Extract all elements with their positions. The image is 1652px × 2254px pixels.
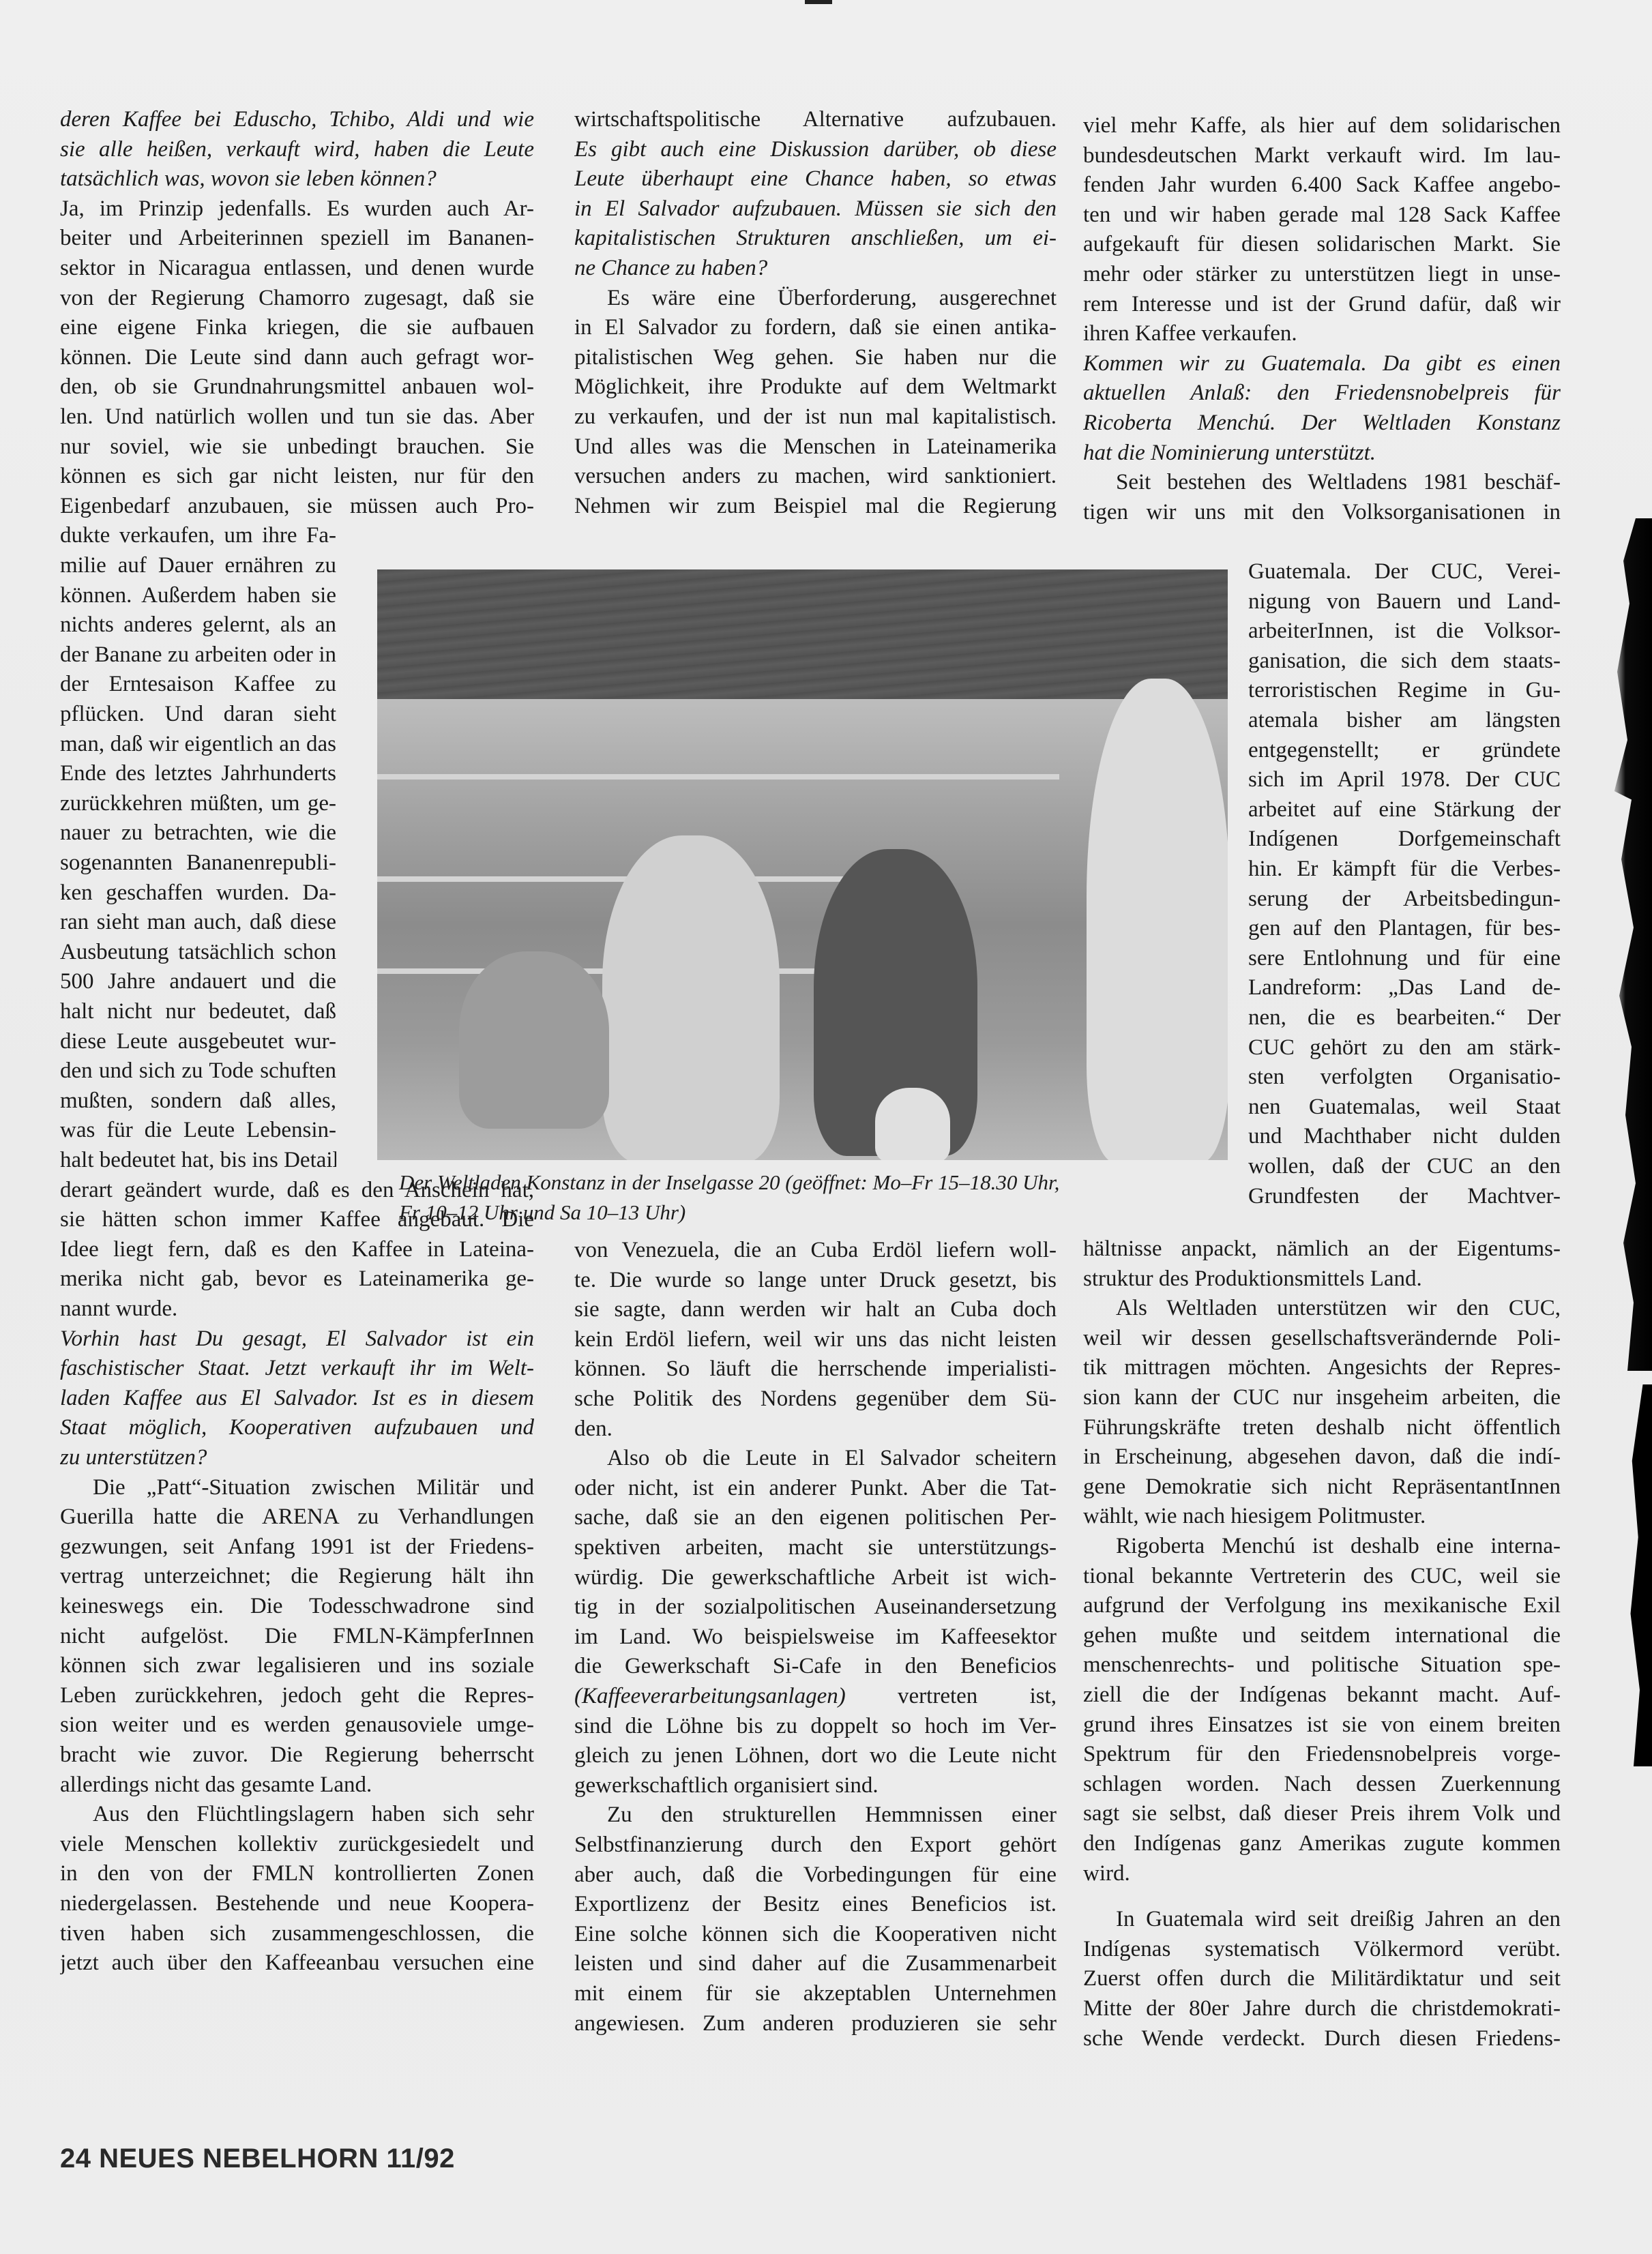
text-line: mußten, sondern daß alles, xyxy=(60,1086,336,1116)
text-line: Selbstfinanzierung durch den Export gehö… xyxy=(574,1830,1057,1860)
text-line: faschistischer Staat. Jetzt verkauft ihr… xyxy=(60,1353,534,1383)
text-line: und Machthaber nicht dulden xyxy=(1248,1121,1561,1151)
text-line: tig in der sozialpolitischen Auseinander… xyxy=(574,1592,1057,1622)
text-line: können. So läuft die herrschende imperia… xyxy=(574,1354,1057,1384)
text-line: sche Politik des Nordens gegenüber dem S… xyxy=(574,1384,1057,1414)
text-line: Zu den strukturellen Hemmnissen einer xyxy=(574,1800,1057,1830)
text-line: Guatemala. Der CUC, Verei- xyxy=(1248,557,1561,587)
text-line: tigen wir uns mit den Volksorganisatione… xyxy=(1083,497,1561,527)
text-line: sache, daß sie an den eigenen politische… xyxy=(574,1502,1057,1532)
text-line: ten und wir haben gerade mal 128 Sack Ka… xyxy=(1083,200,1561,230)
text-line: Vorhin hast Du gesagt, El Salvador ist e… xyxy=(60,1324,534,1354)
text-line: Staat möglich, Kooperativen aufzubauen u… xyxy=(60,1412,534,1442)
text-line: ziell die der Indígenas bekannt macht. A… xyxy=(1083,1680,1561,1710)
caption-line-2: Fr 10–12 Uhr und Sa 10–13 Uhr) xyxy=(399,1198,1218,1228)
text-line: zurückkehren müßten, um ge- xyxy=(60,788,336,818)
text-line: hältnisse anpackt, nämlich an der Eigent… xyxy=(1083,1234,1561,1264)
text-line: Ausbeutung tatsächlich schon xyxy=(60,937,336,967)
text-line: menschenrechts- und politische Situation… xyxy=(1083,1650,1561,1680)
caption-line-1: Der Weltladen Konstanz in der Inselgasse… xyxy=(399,1168,1218,1198)
text-line: in El Salvador aufzubauen. Müssen sie si… xyxy=(574,194,1057,224)
text-line: was für die Leute Lebensin- xyxy=(60,1115,336,1145)
text-line: können. Die Leute sind dann auch gefragt… xyxy=(60,342,534,372)
text-line: sie sagte, dann werden wir halt an Cuba … xyxy=(574,1294,1057,1324)
text-line: len. Und natürlich wollen und tun sie da… xyxy=(60,402,534,432)
text-line: tatsächlich was, wovon sie leben können? xyxy=(60,164,534,194)
text-line: vertrag unterzeichnet; die Regierung häl… xyxy=(60,1561,534,1591)
text-line: tiven haben sich zusammengeschlossen, di… xyxy=(60,1918,534,1948)
text-line: zu verkaufen, und der ist nun mal kapita… xyxy=(574,402,1057,432)
text-line: Rigoberta Menchú ist deshalb eine intern… xyxy=(1083,1531,1561,1561)
text-line: aber auch, daß die Vorbedingungen für ei… xyxy=(574,1860,1057,1890)
text-line: milie auf Dauer ernähren zu xyxy=(60,550,336,580)
text-line: mit einem für sie akzeptablen Unternehme… xyxy=(574,1978,1057,2008)
photo-shelf xyxy=(377,774,1059,780)
text-line: nen, die es bearbeiten.“ Der xyxy=(1248,1003,1561,1033)
text-line: Landreform: „Das Land de- xyxy=(1248,973,1561,1003)
text-line: Leute überhaupt eine Chance haben, so et… xyxy=(574,164,1057,194)
text-line: nur soviel, wie sie unbedingt brauchen. … xyxy=(60,432,534,462)
text-line: bundesdeutschen Markt verkauft wird. Im … xyxy=(1083,140,1561,170)
photo-person-man xyxy=(1087,679,1228,1160)
text-line: können sich zwar legalisieren und ins so… xyxy=(60,1650,534,1680)
text-line: Es gibt auch eine Diskussion darüber, ob… xyxy=(574,134,1057,164)
text-line: Eine solche können sich die Kooperativen… xyxy=(574,1919,1057,1949)
text-line: te. Die wurde so lange unter Druck geset… xyxy=(574,1265,1057,1295)
text-line: eine eigene Finka kriegen, die sie aufba… xyxy=(60,312,534,342)
text-line: Mitte der 80er Jahre durch die christdem… xyxy=(1083,1993,1561,2023)
text-line: nichts anderes gelernt, als an xyxy=(60,610,336,640)
text-line: Aus den Flüchtlingslagern haben sich seh… xyxy=(60,1799,534,1829)
text-line: sind die Löhne bis zu doppelt so hoch im… xyxy=(574,1711,1057,1741)
text-line: tik mittragen möchten. Angesichts der Re… xyxy=(1083,1352,1561,1382)
text-line: schlagen worden. Nach dessen Zuerkennung xyxy=(1083,1769,1561,1799)
text-line: den Indígenas ganz Amerikas zugute komme… xyxy=(1083,1828,1561,1858)
text-line: Nehmen wir zum Beispiel mal die Regierun… xyxy=(574,491,1057,521)
text-line: Indígenas systematisch Völkermord verübt… xyxy=(1083,1934,1561,1964)
text-line: können. Außerdem haben sie xyxy=(60,580,336,610)
text-line: Kommen wir zu Guatemala. Da gibt es eine… xyxy=(1083,349,1561,379)
text-line: nen Guatemalas, weil Staat xyxy=(1248,1092,1561,1122)
text-line: deren Kaffee bei Eduscho, Tchibo, Aldi u… xyxy=(60,104,534,134)
text-line: oder nicht, ist ein anderer Punkt. Aber … xyxy=(574,1473,1057,1503)
text-line: sten verfolgten Organisatio- xyxy=(1248,1062,1561,1092)
text-line: wirtschaftspolitische Alternative aufzub… xyxy=(574,104,1057,134)
text-line: sere Entlohnung und für eine xyxy=(1248,943,1561,973)
text-line: kapitalistischen Strukturen anschließen,… xyxy=(574,223,1057,253)
text-line: ran sieht man auch, daß diese xyxy=(60,907,336,937)
text-line: Seit bestehen des Weltladens 1981 beschä… xyxy=(1083,467,1561,497)
text-line: tional bekannte Vertreterin des CUC, wei… xyxy=(1083,1561,1561,1591)
text-line: mehr oder stärker zu unterstützen liegt … xyxy=(1083,259,1561,289)
text-line: arbeiterInnen, ist die Volksor- xyxy=(1248,616,1561,646)
text-line: gene Demokratie sich nicht RepräsentantI… xyxy=(1083,1472,1561,1502)
text-line: Also ob die Leute in El Salvador scheite… xyxy=(574,1443,1057,1473)
text-line: in Erscheinung, abgesehen davon, daß die… xyxy=(1083,1442,1561,1472)
text-line: leisten und sind daher auf die Zusammena… xyxy=(574,1948,1057,1978)
text-line: struktur des Produktionsmittels Land. xyxy=(1083,1264,1561,1294)
text-line: Exportlizenz der Besitz eines Beneficios… xyxy=(574,1889,1057,1919)
text-line: sion kann der CUC nur insgeheim arbeiten… xyxy=(1083,1382,1561,1412)
photo-child xyxy=(875,1088,950,1160)
text-line: dukte verkaufen, um ihre Fa- xyxy=(60,520,336,550)
text-line: können es sich gar nicht leisten, nur fü… xyxy=(60,461,534,491)
text-line: diese Leute ausgebeutet wur- xyxy=(60,1026,336,1056)
text-line: Möglichkeit, ihre Produkte auf dem Weltm… xyxy=(574,372,1057,402)
text-line: aufgrund der Verfolgung ins mexikanische… xyxy=(1083,1590,1561,1620)
text-line: aufgekauft für diesen solidarischen Mark… xyxy=(1083,229,1561,259)
text-line: pflücken. Und daran sieht xyxy=(60,699,336,729)
magazine-page: deren Kaffee bei Eduscho, Tchibo, Aldi u… xyxy=(0,0,1652,2254)
text-line: keineswegs ein. Die Todesschwadrone sind xyxy=(60,1591,534,1621)
text-line: im Land. Wo beispielsweise im Kaffeesekt… xyxy=(574,1622,1057,1652)
text-line: sektor in Nicaragua entlassen, und denen… xyxy=(60,253,534,283)
text-line: Führungskräfte treten deshalb nicht öffe… xyxy=(1083,1412,1561,1442)
text-line: wird. xyxy=(1083,1858,1561,1888)
text-line: Als Weltladen unterstützen wir den CUC, xyxy=(1083,1293,1561,1323)
text-line: sagt sie selbst, daß dieser Preis ihrem … xyxy=(1083,1798,1561,1828)
text-line: wählt, wie nach hiesigem Politmuster. xyxy=(1083,1501,1561,1531)
text-line: spektiven arbeiten, macht sie unterstütz… xyxy=(574,1532,1057,1562)
text-line: Leben zurückkehren, jedoch geht die Repr… xyxy=(60,1680,534,1710)
text-line: pitalistischen Weg gehen. Sie haben nur … xyxy=(574,342,1057,372)
text-line: nannt wurde. xyxy=(60,1294,534,1324)
text-line: grund ihres Einsatzes ist sie von einem … xyxy=(1083,1710,1561,1740)
text-line: sich im April 1978. Der CUC xyxy=(1248,765,1561,795)
text-line: den, ob sie Grundnahrungsmittel anbauen … xyxy=(60,372,534,402)
photo-ceiling xyxy=(377,569,1228,699)
text-line: In Guatemala wird seit dreißig Jahren an… xyxy=(1083,1904,1561,1934)
text-line: rem Interesse und ist der Grund dafür, d… xyxy=(1083,289,1561,319)
text-line: (Kaffeeverarbeitungsanlagen) vertreten i… xyxy=(574,1681,1057,1711)
photo-person-girl xyxy=(602,835,780,1160)
text-line: sie alle heißen, verkauft wird, haben di… xyxy=(60,134,534,164)
text-line: den und sich zu Tode schuften xyxy=(60,1056,336,1086)
text-line: Die „Patt“-Situation zwischen Militär un… xyxy=(60,1472,534,1502)
text-line: merika nicht gab, bevor es Lateinamerika… xyxy=(60,1264,534,1294)
text-line: angewiesen. Zum anderen produzieren sie … xyxy=(574,2008,1057,2038)
text-line: atemala bisher am längsten xyxy=(1248,705,1561,735)
text-line: CUC gehört zu den am stärk- xyxy=(1248,1033,1561,1063)
text-line: von Venezuela, die an Cuba Erdöl liefern… xyxy=(574,1235,1057,1265)
text-line: sion weiter und es werden genausoviele u… xyxy=(60,1710,534,1740)
text-line: ihren Kaffee verkaufen. xyxy=(1083,318,1561,349)
torn-page-edge xyxy=(1611,518,1652,1371)
text-line: viel mehr Kaffe, als hier auf dem solida… xyxy=(1083,110,1561,140)
photo-caption: Der Weltladen Konstanz in der Inselgasse… xyxy=(399,1168,1218,1228)
text-line: nigung von Bauern und Land- xyxy=(1248,587,1561,617)
text-line: der Banane zu arbeiten oder in xyxy=(60,640,336,670)
text-line: nicht aufgelöst. Die FMLN-KämpferInnen xyxy=(60,1621,534,1651)
text-line: Guerilla hatte die ARENA zu Verhandlunge… xyxy=(60,1502,534,1532)
text-line: ken geschaffen wurden. Da- xyxy=(60,878,336,908)
text-line: ne Chance zu haben? xyxy=(574,253,1057,283)
text-line: ganisation, die sich dem staats- xyxy=(1248,646,1561,676)
text-line: Es wäre eine Überforderung, ausgerechnet xyxy=(574,283,1057,313)
text-line: allerdings nicht das gesamte Land. xyxy=(60,1770,534,1800)
text-line: serung der Arbeitsbedingun- xyxy=(1248,884,1561,914)
text-line: gehen mußte und seitdem international di… xyxy=(1083,1620,1561,1650)
text-line: gleich zu jenen Löhnen, dort wo die Leut… xyxy=(574,1740,1057,1770)
text-line: gen auf den Plantagen, für bes- xyxy=(1248,913,1561,943)
shop-photo xyxy=(377,569,1228,1160)
text-line: in den von der FMLN kontrollierten Zonen xyxy=(60,1858,534,1888)
text-line: arbeitet auf eine Stärkung der xyxy=(1248,795,1561,825)
text-line: Ja, im Prinzip jedenfalls. Es wurden auc… xyxy=(60,194,534,224)
torn-page-edge xyxy=(1621,1384,1652,1766)
text-line: Indígenen Dorfgemeinschaft xyxy=(1248,824,1561,854)
text-line: Ende des letztes Jahrhunderts xyxy=(60,758,336,788)
text-line: Zuerst offen durch die Militärdiktatur u… xyxy=(1083,1963,1561,1993)
text-line: Eigenbedarf anzubauen, sie müssen auch P… xyxy=(60,491,534,521)
text-line: zu unterstützen? xyxy=(60,1442,534,1472)
text-line: Ricoberta Menchú. Der Weltladen Konstanz xyxy=(1083,408,1561,438)
text-line: in El Salvador zu fordern, daß sie einen… xyxy=(574,312,1057,342)
text-line: sche Wende verdeckt. Durch diesen Friede… xyxy=(1083,2023,1561,2053)
text-line: kein Erdöl liefern, weil wir uns das nic… xyxy=(574,1324,1057,1354)
text-line: Spektrum für den Friedensnobelpreis vorg… xyxy=(1083,1739,1561,1769)
text-line: niedergelassen. Bestehende und neue Koop… xyxy=(60,1888,534,1918)
text-line: der Erntesaison Kaffee zu xyxy=(60,669,336,699)
text-line: terroristischen Regime in Gu- xyxy=(1248,675,1561,705)
text-line: weil wir dessen gesellschaftsverändernde… xyxy=(1083,1323,1561,1353)
text-line: viele Menschen kollektiv zurückgesiedelt… xyxy=(60,1829,534,1859)
text-line: man, daß wir eigentlich an das xyxy=(60,729,336,759)
text-line: entgegenstellt; er gründete xyxy=(1248,735,1561,765)
text-line: bracht wie zuvor. Die Regierung beherrsc… xyxy=(60,1740,534,1770)
text-line: Und alles was die Menschen in Lateinamer… xyxy=(574,432,1057,462)
text-line: beiter und Arbeiterinnen speziell im Ban… xyxy=(60,223,534,253)
text-line: die Gewerkschaft Si-Cafe in den Benefici… xyxy=(574,1651,1057,1681)
text-line: nauer zu betrachten, wie die xyxy=(60,818,336,848)
text-line: halt nicht nur bedeutet, daß xyxy=(60,996,336,1026)
text-line: würdig. Die gewerkschaftliche Arbeit ist… xyxy=(574,1562,1057,1592)
text-line: fenden Jahr wurden 6.400 Sack Kaffee ang… xyxy=(1083,170,1561,200)
text-line: hat die Nominierung unterstützt. xyxy=(1083,438,1561,468)
photo-person-seated xyxy=(459,951,609,1129)
text-line: sogenannten Bananenrepubli- xyxy=(60,848,336,878)
text-line: 500 Jahre andauert und die xyxy=(60,966,336,996)
text-line: laden Kaffee aus El Salvador. Ist es in … xyxy=(60,1383,534,1413)
page-footer: 24 NEUES NEBELHORN 11/92 xyxy=(60,2144,455,2174)
text-line: von der Regierung Chamorro zugesagt, daß… xyxy=(60,283,534,313)
text-line: wollen, daß der CUC an den xyxy=(1248,1151,1561,1181)
text-line: den. xyxy=(574,1414,1057,1444)
text-line: gezwungen, seit Anfang 1991 ist der Frie… xyxy=(60,1532,534,1562)
text-line: halt bedeutet hat, bis ins Detail xyxy=(60,1145,336,1175)
text-line: Grundfesten der Machtver- xyxy=(1248,1181,1561,1211)
text-line: versuchen anders zu machen, wird sanktio… xyxy=(574,461,1057,491)
text-line: jetzt auch über den Kaffeeanbau versuche… xyxy=(60,1948,534,1978)
text-line: aktuellen Anlaß: den Friedensnobelpreis … xyxy=(1083,378,1561,408)
text-line: Idee liegt fern, daß es den Kaffee in La… xyxy=(60,1234,534,1264)
text-line: hin. Er kämpft für die Verbes- xyxy=(1248,854,1561,884)
text-line: gewerkschaftlich organisiert sind. xyxy=(574,1770,1057,1800)
scan-mark xyxy=(805,0,832,4)
